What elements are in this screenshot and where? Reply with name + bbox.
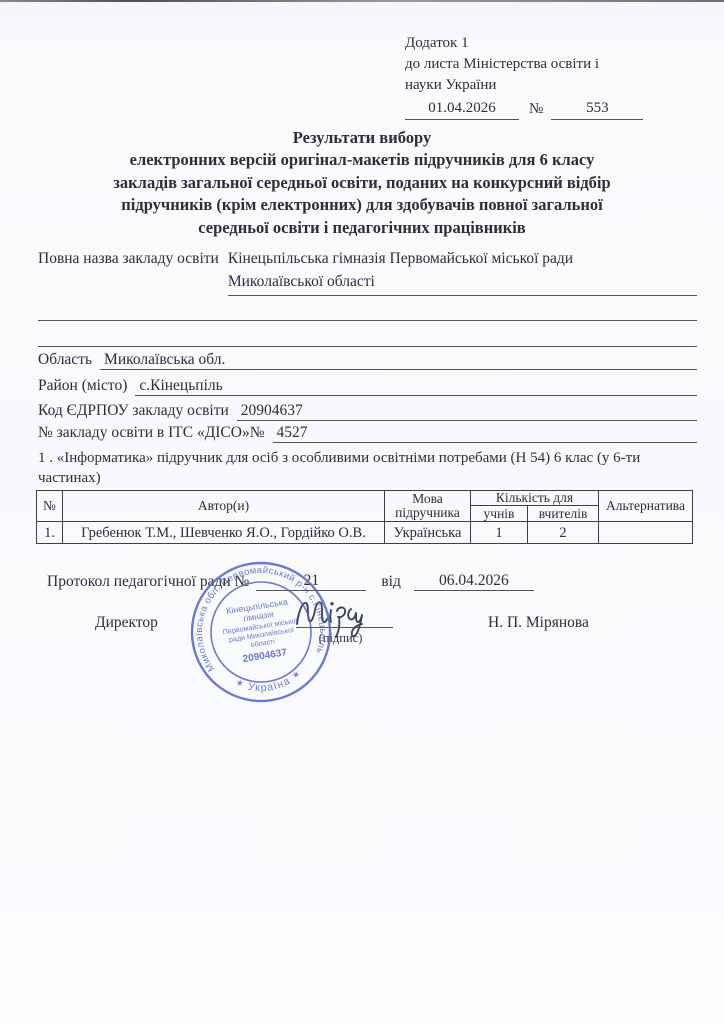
scan-edge-artifact bbox=[0, 0, 724, 2]
blank-rule-line bbox=[38, 346, 697, 347]
column-header-quantity-group: Кількість для bbox=[471, 491, 599, 506]
field-district: Район (місто) с.Кінецьпіль bbox=[38, 377, 697, 396]
director-label: Директор bbox=[95, 614, 158, 632]
textbook-item-description: 1 . «Інформатика» підручник для осіб з о… bbox=[38, 448, 693, 488]
textbook-choice-table: № Автор(и) Мова підручника Кількість для… bbox=[36, 490, 693, 544]
letter-number: 553 bbox=[551, 98, 643, 120]
field-edrpou-label: Код ЄДРПОУ закладу освіти bbox=[38, 402, 229, 421]
appendix-header: Додаток 1 до листа Міністерства освіти і… bbox=[405, 33, 643, 120]
title-line: електронних версій оригінал-макетів підр… bbox=[40, 149, 684, 171]
field-diso-label: № закладу освіти в ІТС «ДІСО»№ bbox=[38, 424, 265, 443]
document-title: Результати вибору електронних версій ори… bbox=[40, 127, 684, 239]
column-header-num: № bbox=[37, 491, 63, 522]
appendix-to-line2: науки України bbox=[405, 75, 643, 96]
field-school-name: Повна назва закладу освіти Кінецьпільськ… bbox=[38, 250, 697, 296]
letter-date: 01.04.2026 bbox=[405, 98, 519, 120]
field-district-label: Район (місто) bbox=[38, 377, 127, 396]
appendix-label: Додаток 1 bbox=[405, 33, 643, 54]
field-edrpou: Код ЄДРПОУ закладу освіти 20904637 bbox=[38, 402, 697, 421]
protocol-date: 06.04.2026 bbox=[414, 572, 534, 591]
title-line: Результати вибору bbox=[40, 127, 684, 149]
column-header-authors: Автор(и) bbox=[63, 491, 385, 522]
official-round-stamp: Миколаївська обл. Первомайський р-н с.Кі… bbox=[179, 550, 344, 715]
field-diso-value: 4527 bbox=[273, 424, 698, 443]
cell-authors: Гребенюк Т.М., Шевченко Я.О., Гордійко О… bbox=[63, 522, 385, 544]
letter-date-number-line: 01.04.2026 № 553 bbox=[405, 98, 643, 120]
field-school-name-label: Повна назва закладу освіти bbox=[38, 250, 219, 296]
school-name-value-line1: Кінецьпільська гімназія Первомайської мі… bbox=[228, 250, 697, 273]
protocol-from-word: від bbox=[381, 573, 401, 591]
cell-teachers: 2 bbox=[528, 522, 599, 544]
title-line: підручників (крім електронних) для здобу… bbox=[40, 194, 684, 216]
stamp-edrpou-code: 20904637 bbox=[242, 647, 288, 665]
cell-students: 1 bbox=[471, 522, 528, 544]
field-district-value: с.Кінецьпіль bbox=[135, 377, 697, 396]
table-row: 1. Гребенюк Т.М., Шевченко Я.О., Гордійк… bbox=[37, 522, 693, 544]
column-header-teachers: вчителів bbox=[528, 506, 599, 522]
field-edrpou-value: 20904637 bbox=[237, 402, 697, 421]
scanned-document-page: Додаток 1 до листа Міністерства освіти і… bbox=[0, 0, 724, 1024]
cell-language: Українська bbox=[385, 522, 471, 544]
field-diso: № закладу освіти в ІТС «ДІСО»№ 4527 bbox=[38, 424, 697, 443]
field-region: Область Миколаївська обл. bbox=[38, 351, 697, 370]
column-header-language: Мова підручника bbox=[385, 491, 471, 522]
school-name-value-line2: Миколаївської області bbox=[228, 273, 697, 296]
title-line: середньої освіти і педагогічних працівни… bbox=[40, 217, 684, 239]
column-header-alternative: Альтернатива bbox=[599, 491, 693, 522]
director-name: Н. П. Мірянова bbox=[488, 614, 589, 632]
field-region-label: Область bbox=[38, 351, 92, 370]
title-line: закладів загальної середньої освіти, под… bbox=[40, 172, 684, 194]
stamp-bottom-text: ✶ Україна ✶ bbox=[231, 666, 306, 699]
appendix-to-line1: до листа Міністерства освіти і bbox=[405, 54, 643, 75]
cell-alternative bbox=[599, 522, 693, 544]
field-school-name-value: Кінецьпільська гімназія Первомайської мі… bbox=[228, 250, 697, 296]
field-region-value: Миколаївська обл. bbox=[100, 351, 697, 370]
blank-rule-line bbox=[38, 320, 697, 321]
number-sign: № bbox=[529, 99, 543, 120]
cell-num: 1. bbox=[37, 522, 63, 544]
column-header-students: учнів bbox=[471, 506, 528, 522]
